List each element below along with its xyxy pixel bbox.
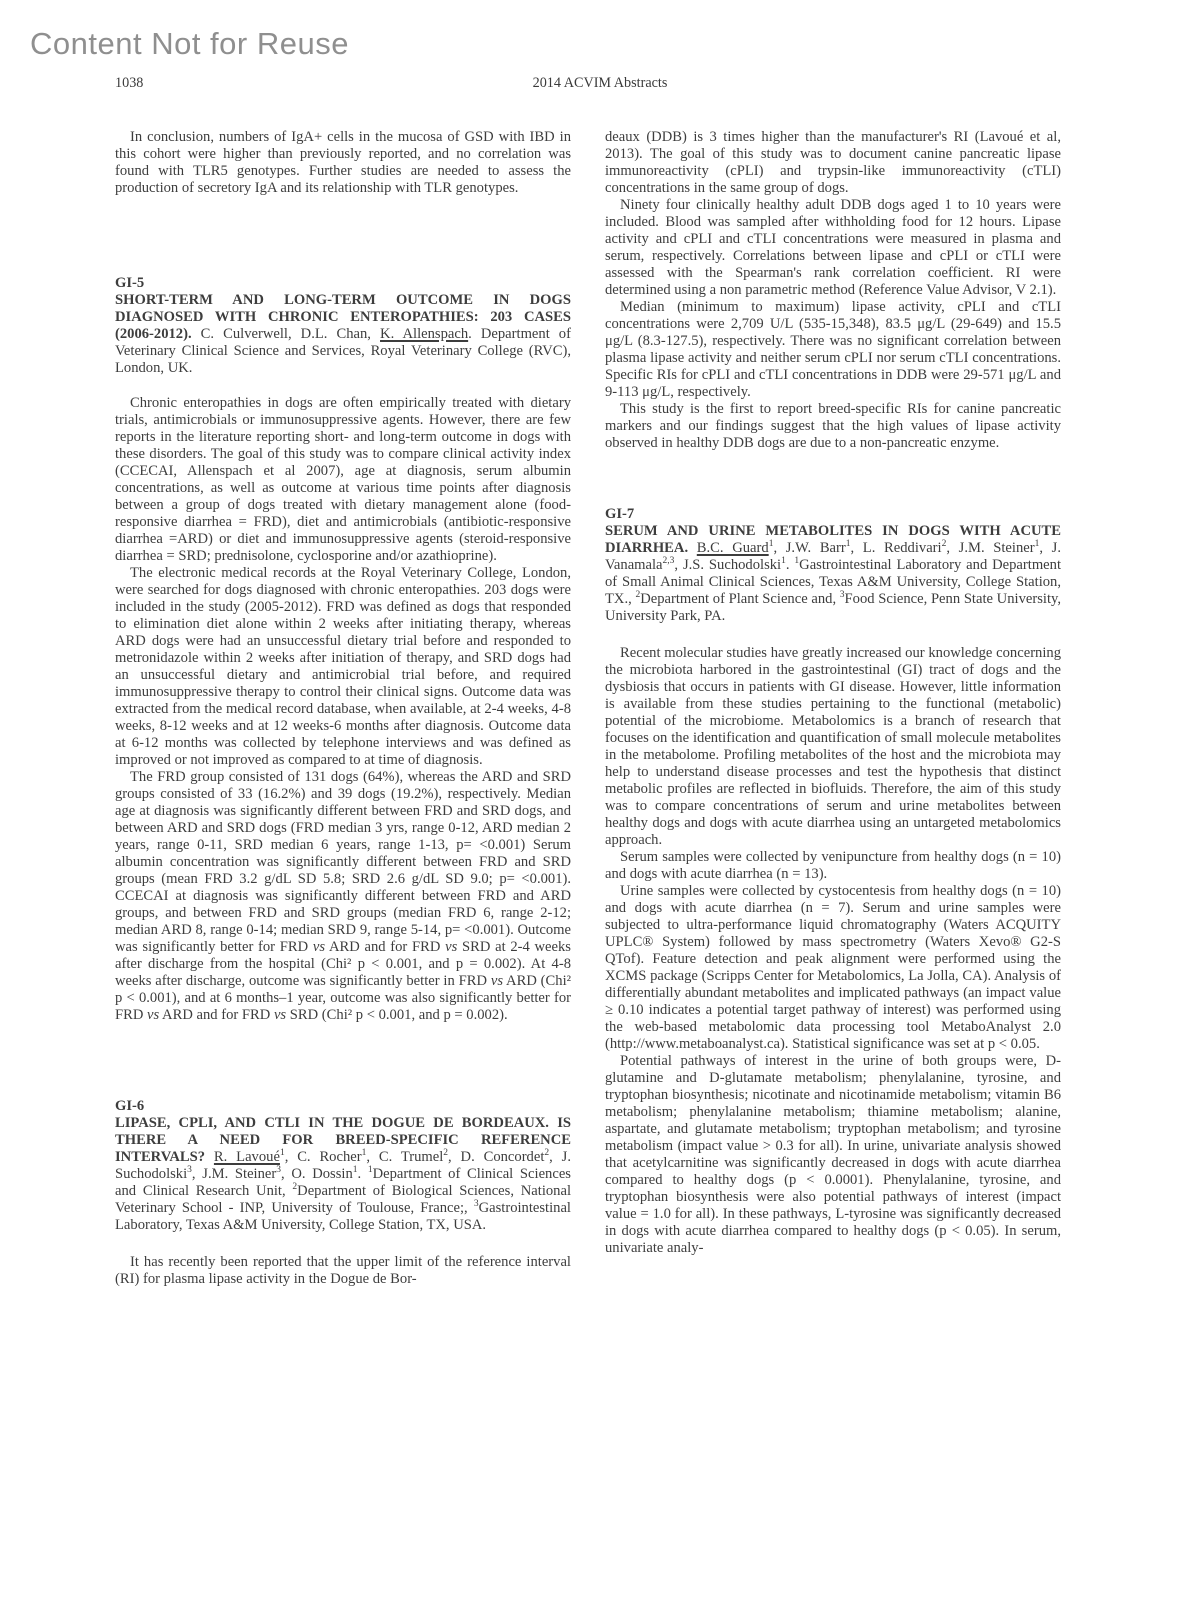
gi6-abstract-heading: LIPASE, CPLI, AND CTLI IN THE DOGUE DE B… — [115, 1115, 571, 1234]
gi5-abstract-heading: SHORT-TERM AND LONG-TERM OUTCOME IN DOGS… — [115, 292, 571, 377]
abstract-page: { "watermark": "Content Not for Reuse", … — [0, 0, 1200, 1605]
gi5-abstract-code: GI-5 — [115, 275, 571, 292]
gi7-paragraph: Potential pathways of interest in the ur… — [605, 1053, 1061, 1257]
gi7-abstract-heading: SERUM AND URINE METABOLITES IN DOGS WITH… — [605, 523, 1061, 625]
gi6-paragraph: Ninety four clinically healthy adult DDB… — [605, 197, 1061, 299]
right-column: deaux (DDB) is 3 times higher than the m… — [605, 129, 1061, 1257]
gi7-paragraph: Recent molecular studies have greatly in… — [605, 645, 1061, 849]
gi7-abstract-code: GI-7 — [605, 506, 1061, 523]
gi5-paragraph: The FRD group consisted of 131 dogs (64%… — [115, 769, 571, 1024]
gi5-paragraph: Chronic enteropathies in dogs are often … — [115, 395, 571, 565]
left-column: In conclusion, numbers of IgA+ cells in … — [115, 129, 571, 1288]
conclusion-paragraph: In conclusion, numbers of IgA+ cells in … — [115, 129, 571, 197]
gi6-paragraph-continued: deaux (DDB) is 3 times higher than the m… — [605, 129, 1061, 197]
page-number: 1038 — [115, 75, 143, 92]
content-not-for-reuse-watermark: Content Not for Reuse — [30, 26, 349, 62]
gi6-paragraph: It has recently been reported that the u… — [115, 1254, 571, 1288]
gi6-paragraph: Median (minimum to maximum) lipase activ… — [605, 299, 1061, 401]
page-header: 1038 2014 ACVIM Abstracts — [0, 75, 1200, 93]
two-column-body: In conclusion, numbers of IgA+ cells in … — [0, 129, 1200, 1288]
journal-title: 2014 ACVIM Abstracts — [533, 75, 668, 92]
gi5-paragraph: The electronic medical records at the Ro… — [115, 565, 571, 769]
gi6-abstract-code: GI-6 — [115, 1098, 571, 1115]
gi6-paragraph: This study is the first to report breed-… — [605, 401, 1061, 452]
gi7-paragraph: Serum samples were collected by venipunc… — [605, 849, 1061, 883]
gi7-paragraph: Urine samples were collected by cystocen… — [605, 883, 1061, 1053]
